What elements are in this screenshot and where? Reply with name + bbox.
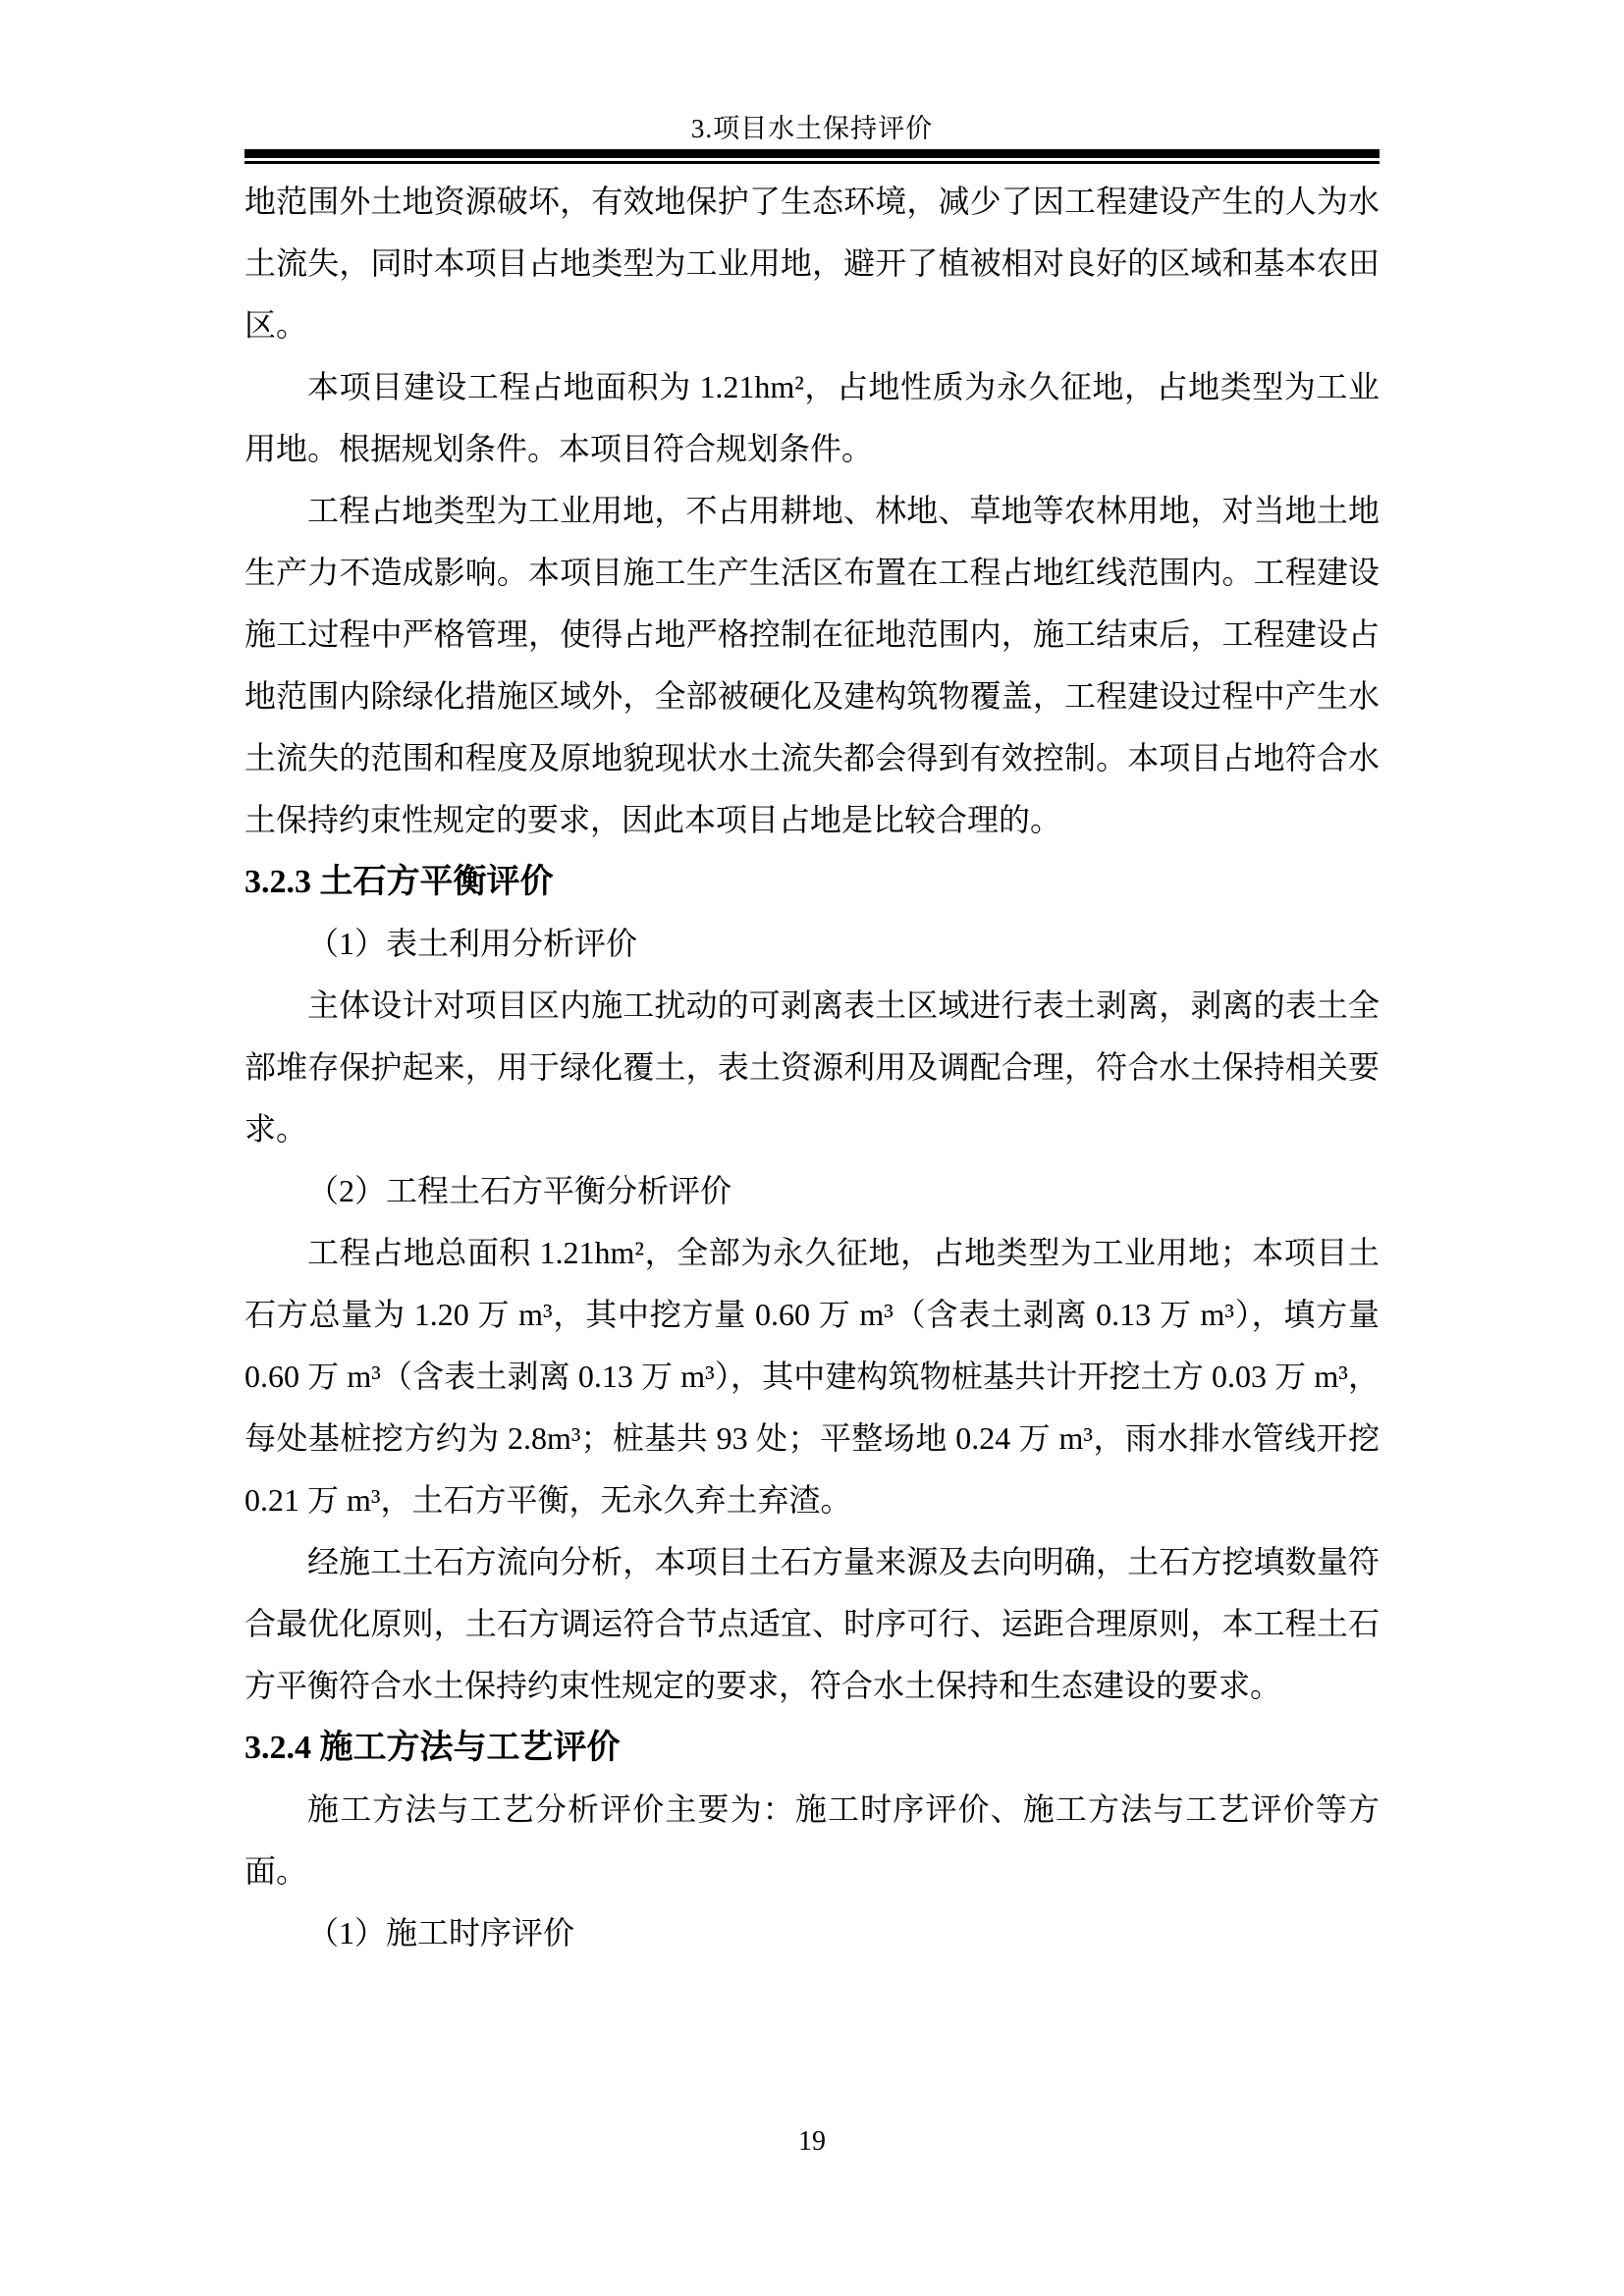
list-item-label: （2）工程土石方平衡分析评价: [244, 1160, 1380, 1222]
page-header-title: 3.项目水土保持评价: [244, 112, 1380, 145]
paragraph: 主体设计对项目区内施工扰动的可剥离表土区域进行表土剥离，剥离的表土全部堆存保护起…: [244, 975, 1380, 1160]
paragraph: 经施工土石方流向分析，本项目土石方量来源及去向明确，土石方挖填数量符合最优化原则…: [244, 1531, 1380, 1717]
paragraph: 施工方法与工艺分析评价主要为：施工时序评价、施工方法与工艺评价等方面。: [244, 1779, 1380, 1902]
paragraph: 工程占地类型为工业用地，不占用耕地、林地、草地等农林用地，对当地土地生产力不造成…: [244, 480, 1380, 851]
header-double-rule: [244, 149, 1380, 164]
list-item-label: （1）表土利用分析评价: [244, 913, 1380, 975]
section-heading-3-2-4: 3.2.4 施工方法与工艺评价: [244, 1717, 1380, 1779]
document-body: 地范围外土地资源破坏，有效地保护了生态环境，减少了因工程建设产生的人为水土流失，…: [244, 171, 1380, 1964]
list-item-label: （1）施工时序评价: [244, 1902, 1380, 1964]
paragraph: 本项目建设工程占地面积为 1.21hm²，占地性质为永久征地，占地类型为工业用地…: [244, 356, 1380, 480]
paragraph: 地范围外土地资源破坏，有效地保护了生态环境，减少了因工程建设产生的人为水土流失，…: [244, 171, 1380, 356]
paragraph: 工程占地总面积 1.21hm²，全部为永久征地，占地类型为工业用地；本项目土石方…: [244, 1222, 1380, 1531]
section-heading-3-2-3: 3.2.3 土石方平衡评价: [244, 851, 1380, 913]
document-page: 3.项目水土保持评价 地范围外土地资源破坏，有效地保护了生态环境，减少了因工程建…: [0, 0, 1624, 2296]
page-number: 19: [0, 2124, 1624, 2160]
